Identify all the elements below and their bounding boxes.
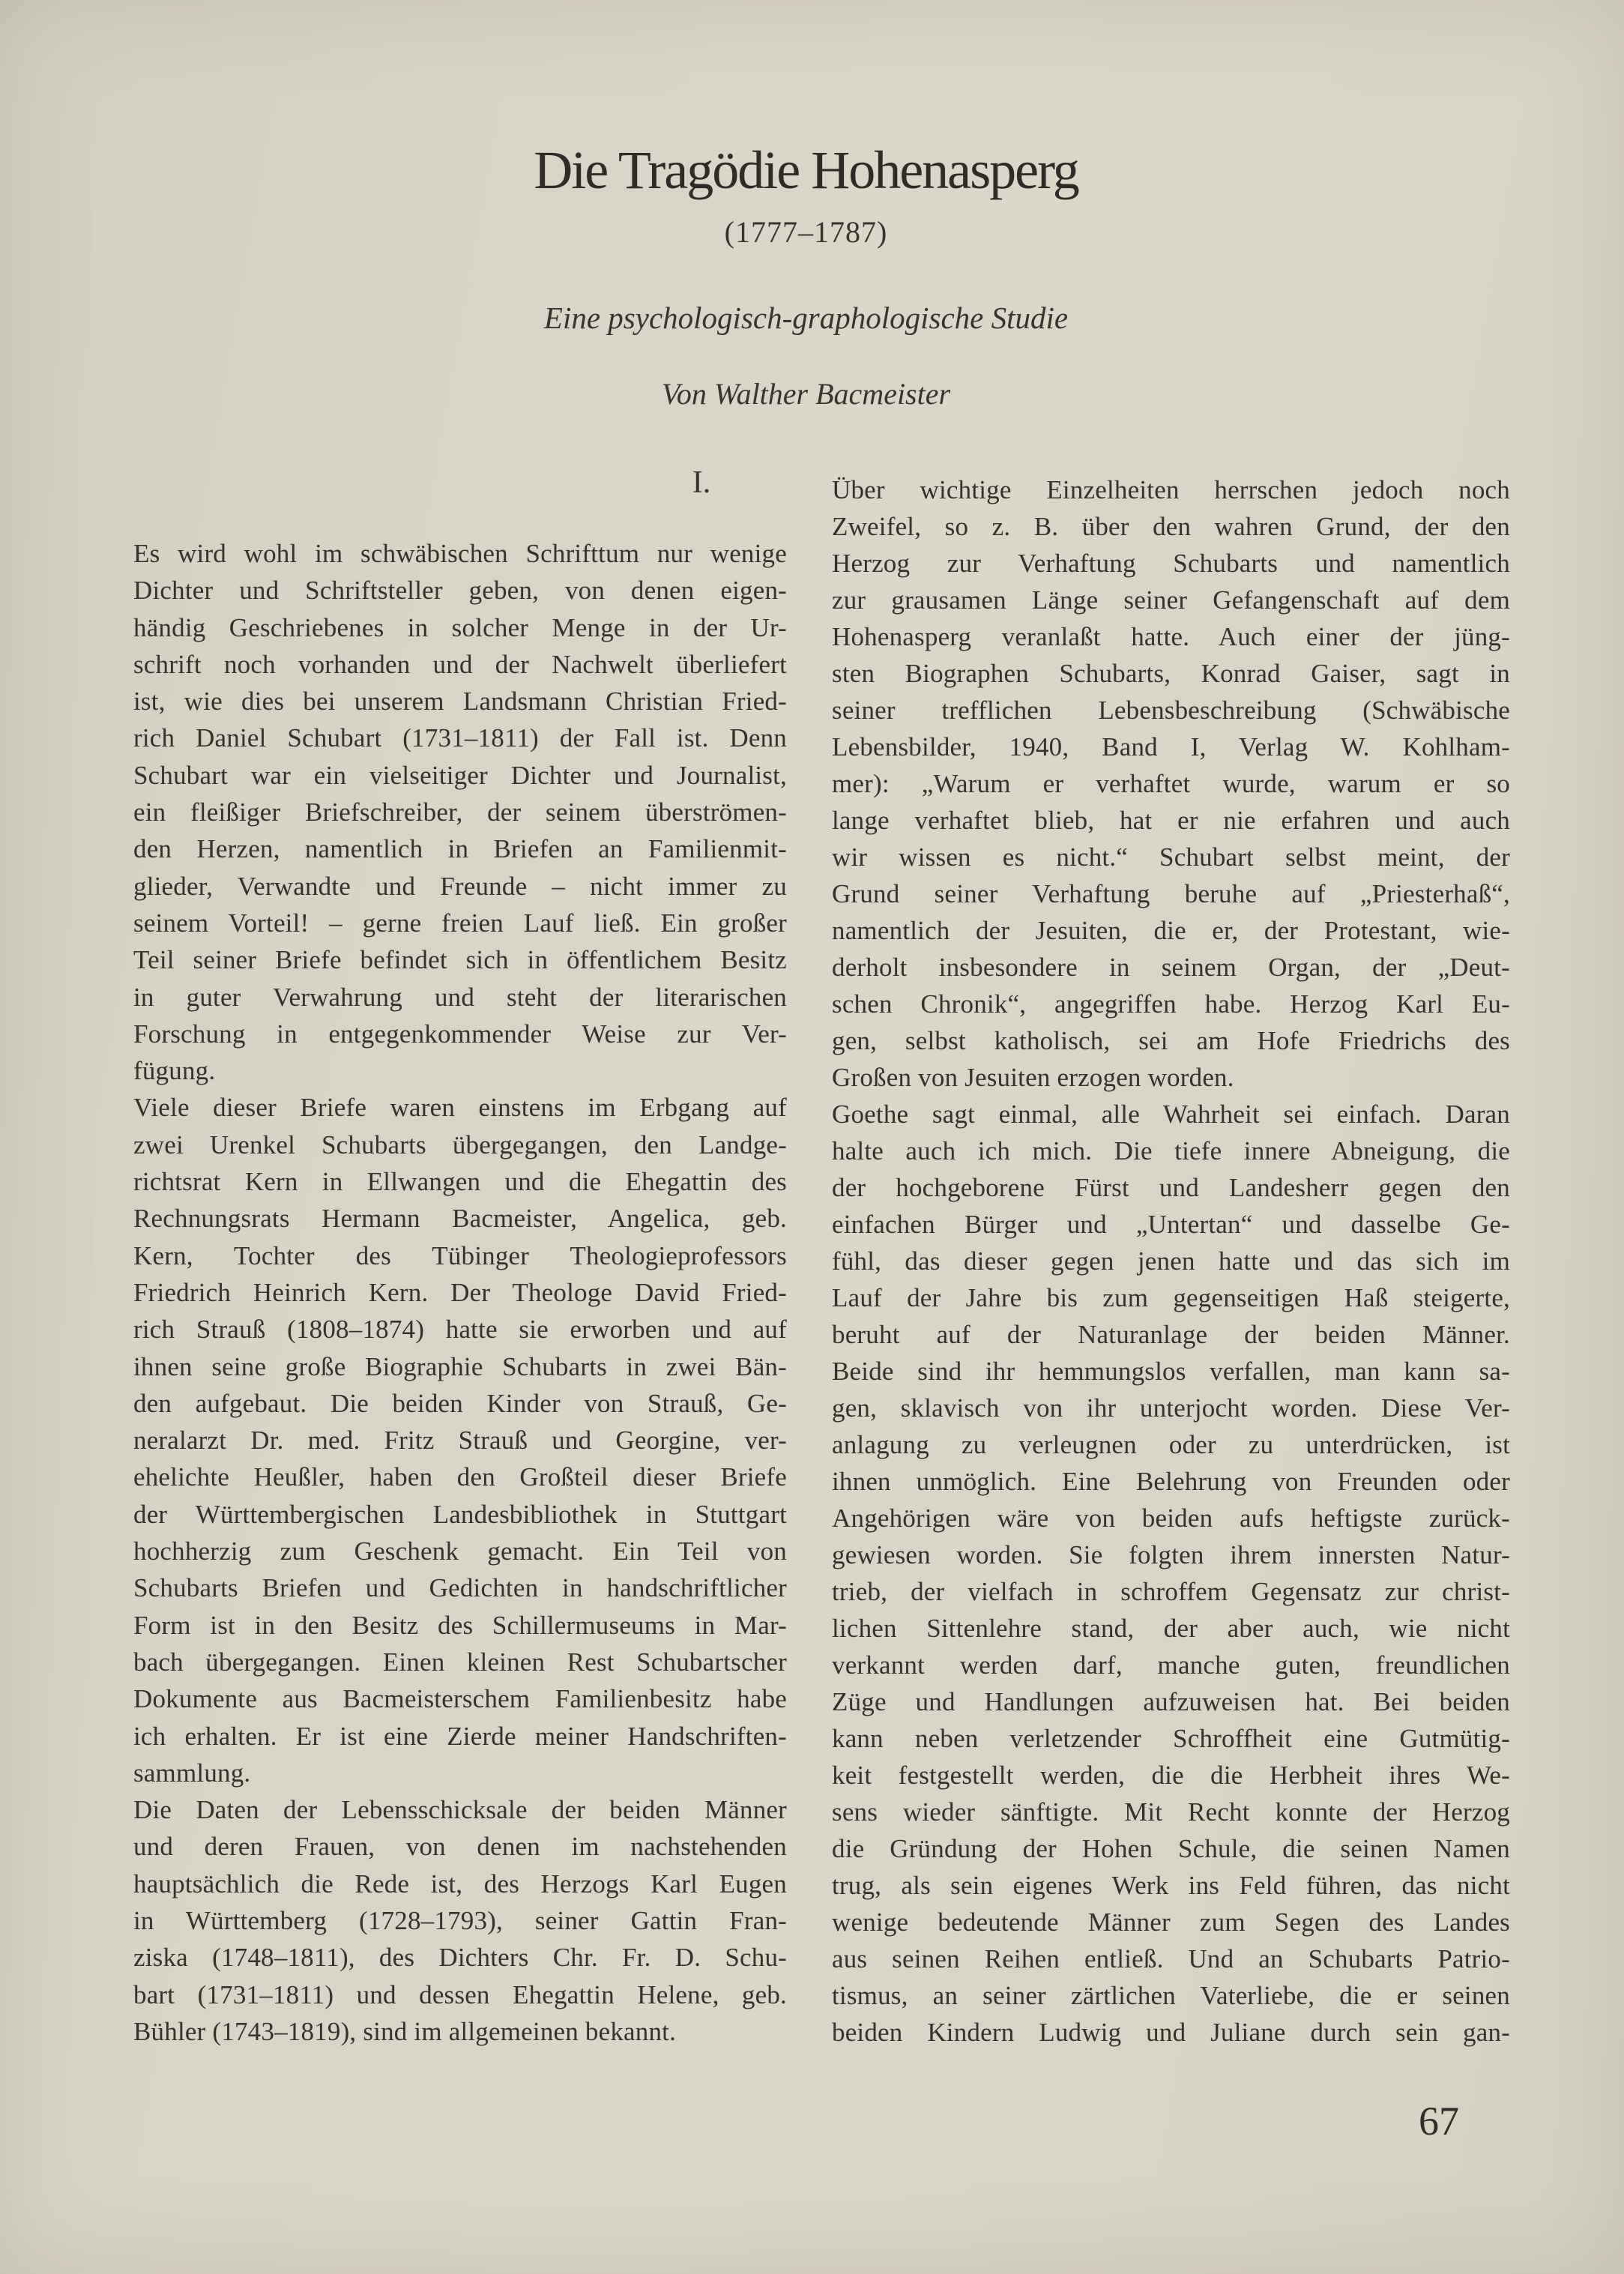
text-line: rich Daniel Schubart (1731–1811) der Fal… xyxy=(133,720,787,756)
text-line: gen, selbst katholisch, sei am Hofe Frie… xyxy=(832,1022,1510,1059)
text-line: ziska (1748–1811), des Dichters Chr. Fr.… xyxy=(133,1939,787,1976)
text-line: ehelichte Heußler, haben den Großteil di… xyxy=(133,1459,787,1495)
text-line: mer): „Warum er verhaftet wurde, warum e… xyxy=(832,765,1510,802)
text-line: lichen Sittenlehre stand, der aber auch,… xyxy=(832,1610,1510,1647)
text-line: ein fleißiger Briefschreiber, der seinem… xyxy=(133,794,787,830)
text-line: Forschung in entgegenkommender Weise zur… xyxy=(133,1016,787,1052)
text-line: Grund seiner Verhaftung beruhe auf „Prie… xyxy=(832,875,1510,912)
text-line: beiden Kindern Ludwig und Juliane durch … xyxy=(832,2014,1510,2051)
subtitle: Eine psychologisch-graphologische Studie xyxy=(0,300,1612,336)
text-line: ihnen unmöglich. Eine Belehrung von Freu… xyxy=(832,1463,1510,1500)
text-line: Es wird wohl im schwäbischen Schrifttum … xyxy=(133,535,787,572)
text-line: rich Strauß (1808–1874) hatte sie erworb… xyxy=(133,1311,787,1348)
text-line: aus seinen Reihen entließ. Und an Schuba… xyxy=(832,1940,1510,1977)
page-title: Die Tragödie Hohenasperg xyxy=(0,139,1612,202)
text-line: Schubarts Briefen und Gedichten in hands… xyxy=(133,1569,787,1606)
text-line: Goethe sagt einmal, alle Wahrheit sei ei… xyxy=(832,1096,1510,1133)
text-line: keit festgestellt werden, die die Herbhe… xyxy=(832,1757,1510,1794)
text-line: händig Geschriebenes in solcher Menge in… xyxy=(133,609,787,646)
page-number: 67 xyxy=(1394,2098,1484,2144)
text-line: kann neben verletzender Schroffheit eine… xyxy=(832,1720,1510,1757)
book-page: Die Tragödie Hohenasperg (1777–1787) Ein… xyxy=(0,0,1624,2274)
text-line: sten Biographen Schubarts, Konrad Gaiser… xyxy=(832,655,1510,692)
text-line: neralarzt Dr. med. Fritz Strauß und Geor… xyxy=(133,1422,787,1459)
text-line: hauptsächlich die Rede ist, des Herzogs … xyxy=(133,1866,787,1902)
byline: Von Walther Bacmeister xyxy=(0,376,1612,411)
text-line: in guter Verwahrung und steht der litera… xyxy=(133,979,787,1016)
text-line: anlagung zu verleugnen oder zu unterdrüc… xyxy=(832,1426,1510,1463)
text-line: zur grausamen Länge seiner Gefangenschaf… xyxy=(832,582,1510,618)
text-line: Großen von Jesuiten erzogen worden. xyxy=(832,1059,1510,1096)
text-line: Viele dieser Briefe waren einstens im Er… xyxy=(133,1089,787,1126)
text-line: Rechnungsrats Hermann Bacmeister, Angeli… xyxy=(133,1200,787,1237)
text-line: verkannt werden darf, manche guten, freu… xyxy=(832,1647,1510,1683)
text-line: Über wichtige Einzelheiten herrschen jed… xyxy=(832,471,1510,508)
text-line: halte auch ich mich. Die tiefe innere Ab… xyxy=(832,1133,1510,1169)
text-line: Schubart war ein vielseitiger Dichter un… xyxy=(133,757,787,794)
text-line: schen Chronik“, angegriffen habe. Herzog… xyxy=(832,986,1510,1022)
section-heading-numeral: I. xyxy=(671,465,731,501)
text-line: der Württembergischen Landesbibliothek i… xyxy=(133,1496,787,1533)
text-line: Hohenasperg veranlaßt hatte. Auch einer … xyxy=(832,618,1510,655)
text-line: bach übergegangen. Einen kleinen Rest Sc… xyxy=(133,1644,787,1680)
text-line: in Württemberg (1728–1793), seiner Gatti… xyxy=(133,1902,787,1939)
text-line: fühl, das dieser gegen jenen hatte und d… xyxy=(832,1243,1510,1279)
text-line: wir wissen es nicht.“ Schubart selbst me… xyxy=(832,839,1510,875)
text-line: Herzog zur Verhaftung Schubarts und name… xyxy=(832,545,1510,582)
title-date-range: (1777–1787) xyxy=(0,214,1612,250)
text-line: Lauf der Jahre bis zum gegenseitigen Haß… xyxy=(832,1279,1510,1316)
text-line: namentlich der Jesuiten, die er, der Pro… xyxy=(832,912,1510,949)
text-line: derholt insbesondere in seinem Organ, de… xyxy=(832,949,1510,986)
text-line: hochherzig zum Geschenk gemacht. Ein Tei… xyxy=(133,1533,787,1569)
text-line: seinem Vorteil! – gerne freien Lauf ließ… xyxy=(133,905,787,941)
text-line: bart (1731–1811) und dessen Ehegattin He… xyxy=(133,1976,787,2013)
text-line: den Herzen, namentlich in Briefen an Fam… xyxy=(133,830,787,867)
text-line: Angehörigen wäre von beiden aufs heftigs… xyxy=(832,1500,1510,1536)
text-line: Zweifel, so z. B. über den wahren Grund,… xyxy=(832,508,1510,545)
text-line: trug, als sein eigenes Werk ins Feld füh… xyxy=(832,1867,1510,1904)
text-column-right: Über wichtige Einzelheiten herrschen jed… xyxy=(832,471,1510,2051)
text-line: Die Daten der Lebensschicksale der beide… xyxy=(133,1791,787,1828)
text-line: gen, sklavisch von ihr unterjocht worden… xyxy=(832,1390,1510,1426)
text-line: gewiesen worden. Sie folgten ihrem inner… xyxy=(832,1536,1510,1573)
text-line: sammlung. xyxy=(133,1755,787,1791)
text-line: ich erhalten. Er ist eine Zierde meiner … xyxy=(133,1718,787,1755)
text-line: beruht auf der Naturanlage der beiden Mä… xyxy=(832,1316,1510,1353)
text-line: Dichter und Schriftsteller geben, von de… xyxy=(133,572,787,609)
text-line: wenige bedeutende Männer zum Segen des L… xyxy=(832,1904,1510,1940)
text-line: der hochgeborene Fürst und Landesherr ge… xyxy=(832,1169,1510,1206)
text-line: Kern, Tochter des Tübinger Theologieprof… xyxy=(133,1237,787,1274)
text-line: die Gründung der Hohen Schule, die seine… xyxy=(832,1830,1510,1867)
text-line: glieder, Verwandte und Freunde – nicht i… xyxy=(133,868,787,905)
text-line: Bühler (1743–1819), sind im allgemeinen … xyxy=(133,2013,787,2050)
text-line: ihnen seine große Biographie Schubarts i… xyxy=(133,1348,787,1385)
text-line: ist, wie dies bei unserem Landsmann Chri… xyxy=(133,683,787,720)
text-line: tismus, an seiner zärtlichen Vaterliebe,… xyxy=(832,1977,1510,2014)
text-line: zwei Urenkel Schubarts übergegangen, den… xyxy=(133,1127,787,1163)
text-column-left: Es wird wohl im schwäbischen Schrifttum … xyxy=(133,535,787,2050)
text-line: einfachen Bürger und „Untertan“ und dass… xyxy=(832,1206,1510,1243)
text-line: seiner trefflichen Lebensbeschreibung (S… xyxy=(832,692,1510,729)
text-line: fügung. xyxy=(133,1052,787,1089)
text-line: Beide sind ihr hemmungslos verfallen, ma… xyxy=(832,1353,1510,1390)
text-line: Friedrich Heinrich Kern. Der Theologe Da… xyxy=(133,1274,787,1311)
text-line: sens wieder sänftigte. Mit Recht konnte … xyxy=(832,1794,1510,1830)
text-line: schrift noch vorhanden und der Nachwelt … xyxy=(133,646,787,683)
text-line: richtsrat Kern in Ellwangen und die Eheg… xyxy=(133,1163,787,1200)
text-line: Form ist in den Besitz des Schillermuseu… xyxy=(133,1607,787,1644)
text-line: lange verhaftet blieb, hat er nie erfahr… xyxy=(832,802,1510,839)
text-line: Teil seiner Briefe befindet sich in öffe… xyxy=(133,941,787,978)
text-line: den aufgebaut. Die beiden Kinder von Str… xyxy=(133,1385,787,1422)
text-line: Züge und Handlungen aufzuweisen hat. Bei… xyxy=(832,1683,1510,1720)
text-line: Dokumente aus Bacmeisterschem Familienbe… xyxy=(133,1680,787,1717)
text-line: und deren Frauen, von denen im nachstehe… xyxy=(133,1828,787,1865)
text-line: trieb, der vielfach in schroffem Gegensa… xyxy=(832,1573,1510,1610)
text-line: Lebensbilder, 1940, Band I, Verlag W. Ko… xyxy=(832,729,1510,765)
